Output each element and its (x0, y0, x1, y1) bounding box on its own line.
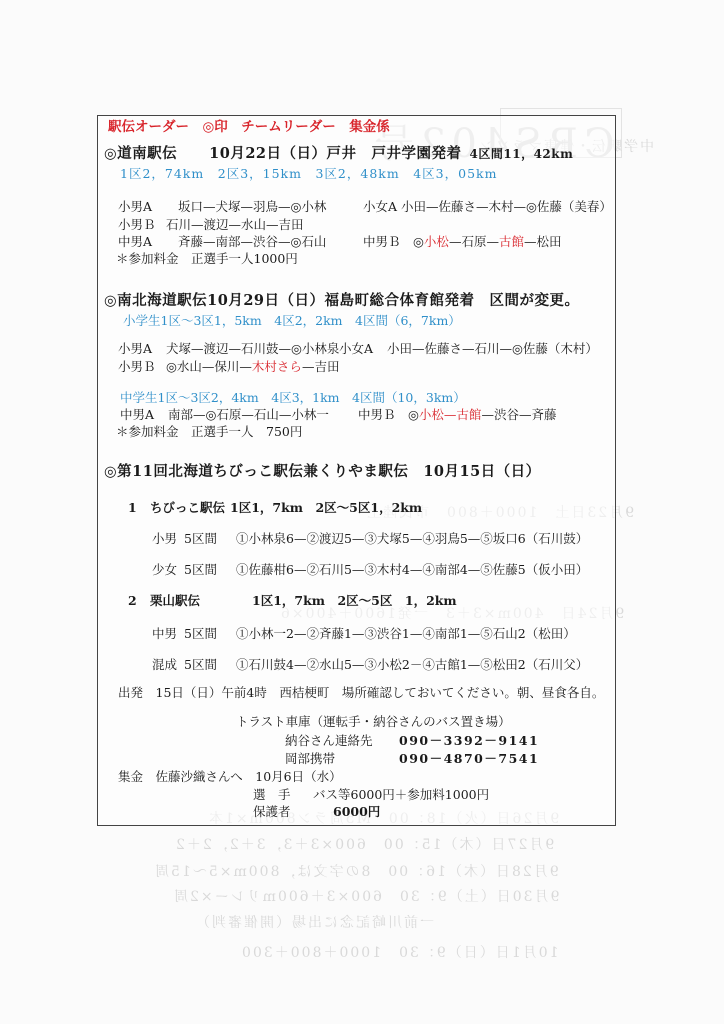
elementary-leg-distances: 小学生1区〜3区1，5km 4区2，2km 4区間（6，7km） (123, 313, 461, 328)
ghost-line: 一前川崎記念に出場（開催審判） (194, 912, 434, 932)
highlighted-member: 小松—古館 (419, 407, 482, 422)
team-label: 小男A (118, 199, 178, 214)
race-number: 2 (128, 593, 150, 608)
contact-phone: 090－3392－9141 (399, 733, 539, 748)
team-members: 南部—◎石原—石山—小林一 (168, 407, 329, 422)
ghost-line: 10月1日（日）9：30 1000＋800＋300 (240, 942, 559, 962)
team-label: 中男A (120, 407, 168, 422)
team-row: 中男A南部—◎石原—石山—小林一 (120, 407, 329, 422)
race-number: 1 (128, 500, 150, 515)
team-label: 小男 (152, 531, 184, 546)
highlighted-member: 木村さら (252, 359, 302, 374)
fee-amount: 6000円 (333, 804, 380, 819)
team-label: 小男A (118, 341, 166, 356)
leg-count: 5区間 (184, 626, 236, 641)
team-row: 小男A坂口—犬塚—羽鳥—◎小林 (118, 199, 326, 214)
team-row: 中男Ｂ◎小松—石原—古館—松田 (363, 234, 561, 249)
runner-order: ①石川鼓4—②水山5—③小松2－④古館1—⑤松田2（石川父） (236, 657, 588, 672)
collection-note: 集金 佐藤沙織さんへ 10月6日（水） (118, 769, 342, 784)
highlighted-member: 古館 (499, 234, 524, 249)
highlighted-member: 小松 (424, 234, 449, 249)
order-row: 少女5区間①佐藤柑6—②石川5—③木村4—④南部4—⑤佐藤5（仮小田） (152, 562, 588, 577)
order-row: 小男5区間①小林泉6—②渡辺5—③犬塚5—④羽鳥5—⑤坂口6（石川鼓） (152, 531, 588, 546)
junior-leg-distances: 中学生1区〜3区2，4km 4区3，1km 4区間（10，3km） (120, 390, 466, 405)
fee-note: ＊参加料金 正選手一人1000円 (116, 251, 298, 266)
race-name: 栗山駅伝 (150, 593, 252, 608)
team-members: —吉田 (302, 359, 340, 374)
team-row: 小女A小田—佐藤さ—石川—◎佐藤（木村） (339, 341, 598, 356)
race-title: ◎道南駅伝 (104, 145, 177, 162)
team-members: —松田 (524, 234, 562, 249)
leader-mark: ◎ (408, 407, 419, 422)
ghost-line: 9月27日（木）15：00 600×3＋3，3＋2，2＋2 (174, 834, 554, 854)
departure-note: 出発 15日（日）午前4時 西桔梗町 場所確認しておいてください。朝、昼食各自。 (118, 685, 604, 700)
runner-order: ①小林泉6—②渡辺5—③犬塚5—④羽鳥5—⑤坂口6（石川鼓） (236, 531, 588, 546)
race-name: ちびっこ駅伝 (150, 500, 230, 515)
team-label: 中男Ｂ (363, 234, 413, 249)
fee-label: 保護者 (253, 804, 333, 819)
runner-order: ①佐藤柑6—②石川5—③木村4—④南部4—⑤佐藤5（仮小田） (236, 562, 588, 577)
team-members: ◎水山—保川— (166, 359, 252, 374)
fee-amount: バス等6000円＋参加料1000円 (313, 787, 489, 802)
section-title: ◎第11回北海道ちびっこ駅伝兼くりやま駅伝 10月15日（日） (104, 464, 541, 479)
contact-label: 納谷さん連絡先 (285, 733, 399, 748)
team-label: 小男Ｂ (118, 217, 166, 232)
fee-label: 選 手 (253, 787, 313, 802)
team-row: 中男A斉藤—南部—渋谷—◎石山 (118, 234, 326, 249)
leg-distances: 1区2，74km 2区3，15km 3区2，48km 4区3，05km (120, 166, 497, 181)
sheet-header: 駅伝オーダー ◎印 チームリーダー 集金係 (108, 120, 390, 135)
team-row: 小男Ｂ石川—渡辺—水山—吉田 (118, 217, 304, 232)
fee-row: 選 手バス等6000円＋参加料1000円 (253, 787, 489, 802)
team-row: 小女A小田—佐藤さ—木村—◎佐藤（美春） (363, 199, 612, 214)
team-members: —石原— (449, 234, 499, 249)
team-members: 犬塚—渡辺—石川鼓—◎小林泉 (166, 341, 339, 356)
section-title: ◎道南駅伝10月22日（日）戸井 戸井学園発着4区間11，42km (104, 146, 573, 162)
ghost-line: 9月28日（木）16：00 8の字文は，800m×5〜15周 (153, 861, 559, 881)
team-label: 小女A (363, 199, 401, 214)
contact-row: 納谷さん連絡先090－3392－9141 (285, 733, 539, 748)
contact-label: 岡部携帯 (285, 751, 399, 766)
leg-count: 5区間 (184, 657, 236, 672)
order-row: 混成5区間①石川鼓4—②水山5—③小松2－④古館1—⑤松田2（石川父） (152, 657, 588, 672)
team-label: 中男Ｂ (358, 407, 408, 422)
team-members: 斉藤—南部—渋谷—◎石山 (178, 234, 326, 249)
leader-mark: ◎ (413, 234, 424, 249)
order-row: 中男5区間①小林一2—②斉藤1—③渋谷1—④南部1—⑤石山2（松田） (152, 626, 576, 641)
team-label: 小男Ｂ (118, 359, 166, 374)
team-members: 小田—佐藤さ—石川—◎佐藤（木村） (387, 341, 598, 356)
team-row: 小男A犬塚—渡辺—石川鼓—◎小林泉 (118, 341, 339, 356)
team-label: 中男A (118, 234, 178, 249)
race-distance: 1区1，7km 2区〜5区1，2km (230, 500, 422, 515)
race-row: 1ちびっこ駅伝1区1，7km 2区〜5区1，2km (128, 500, 422, 515)
team-members: 石川—渡辺—水山—吉田 (166, 217, 304, 232)
team-row: 小男Ｂ◎水山—保川—木村さら—吉田 (118, 359, 339, 374)
team-label: 少女 (152, 562, 184, 577)
leg-count: 5区間 (184, 531, 236, 546)
runner-order: ①小林一2—②斉藤1—③渋谷1—④南部1—⑤石山2（松田） (236, 626, 576, 641)
race-row: 2栗山駅伝1区1，7km 2区〜5区 1，2km (128, 593, 457, 608)
team-members: 小田—佐藤さ—木村—◎佐藤（美春） (401, 199, 612, 214)
ghost-line: 9月30日（土）9：30 600×3＋600mリレー×2周 (172, 886, 559, 906)
contact-phone: 090－4870－7541 (399, 751, 539, 766)
leg-count: 5区間 (184, 562, 236, 577)
team-label: 小女A (339, 341, 387, 356)
contact-row: 岡部携帯090－4870－7541 (285, 751, 539, 766)
fee-note: ＊参加料金 正選手一人 750円 (116, 424, 302, 439)
section-title: ◎南北海道駅伝10月29日（日）福島町総合体育館発着 区間が変更。 (104, 293, 580, 308)
team-row: 中男Ｂ◎小松—古館—渋谷—斉藤 (358, 407, 556, 422)
race-date: 10月22日（日）戸井 戸井学園発着 (209, 145, 461, 162)
team-members: —渋谷—斉藤 (481, 407, 556, 422)
team-members: 坂口—犬塚—羽鳥—◎小林 (178, 199, 326, 214)
team-label: 中男 (152, 626, 184, 641)
fee-row: 保護者6000円 (253, 804, 380, 819)
race-distance: 4区間11，42km (470, 147, 574, 161)
team-label: 混成 (152, 657, 184, 672)
bus-place: トラスト車庫（運転手・納谷さんのバス置き場） (236, 714, 511, 729)
race-distance: 1区1，7km 2区〜5区 1，2km (252, 593, 457, 608)
